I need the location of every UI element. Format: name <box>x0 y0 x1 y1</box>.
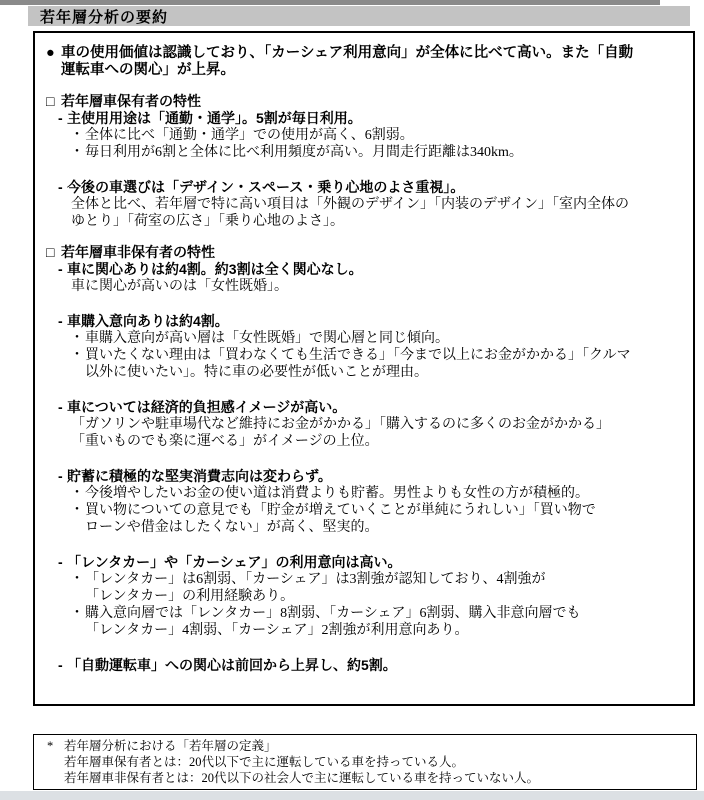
topic-heading-text: 車購入意向ありは約4割。 <box>67 313 229 330</box>
topic-heading-text: 「自動運転車」への関心は前回から上昇し、約5割。 <box>67 657 397 674</box>
paragraph: 「ガソリンや駐車場代など維持にお金がかかる」「購入するのに多くのお金がかかる」 … <box>71 416 679 450</box>
topic-economic-burden: - 車については経済的負担感イメージが高い。 「ガソリンや駐車場代など維持にお金… <box>46 399 679 450</box>
dash-bullet-icon: - <box>58 313 67 330</box>
topic-heading: - 「自動運転車」への関心は前回から上昇し、約5割。 <box>58 657 679 674</box>
bullet-item: ・ 全体に比べ「通勤・通学」での使用が高く、6割弱。 <box>70 127 679 144</box>
lead-text: 車の使用価値は認識しており、「カーシェア利用意向」が全体に比べて高い。また「自動… <box>61 45 633 79</box>
dash-bullet-icon: - <box>58 179 67 196</box>
topic-heading: - 貯蓄に積極的な堅実消費志向は変わらず。 <box>58 468 679 485</box>
topic-heading: - 「レンタカー」や「カーシェア」の利用意向は高い。 <box>58 554 679 571</box>
dot-bullet-icon: ・ <box>70 502 85 536</box>
bullet-text: 今後増やしたいお金の使い道は消費よりも貯蓄。男性よりも女性の方が積極的。 <box>85 485 589 502</box>
topic-autonomous-car: - 「自動運転車」への関心は前回から上昇し、約5割。 <box>46 657 679 674</box>
dot-bullet-icon: ・ <box>70 347 85 381</box>
bullet-item: ・ 買い物についての意見でも「貯金が増えていくことが単純にうれしい」「買い物で … <box>70 502 679 536</box>
page-title: 若年層分析の要約 <box>40 6 168 27</box>
topic-heading: - 車については経済的負担感イメージが高い。 <box>58 399 679 416</box>
topic-heading: - 主使用用途は「通勤・通学」。5割が毎日利用。 <box>58 110 679 127</box>
topic-main-usage: - 主使用用途は「通勤・通学」。5割が毎日利用。 ・ 全体に比べ「通勤・通学」で… <box>46 110 679 161</box>
topic-saving-orientation: - 貯蓄に積極的な堅実消費志向は変わらず。 ・ 今後増やしたいお金の使い道は消費… <box>46 468 679 536</box>
topic-purchase-intent: - 車購入意向ありは約4割。 ・ 車購入意向が高い層は「女性既婚」で関心層と同じ… <box>46 313 679 381</box>
topic-rental-carshare: - 「レンタカー」や「カーシェア」の利用意向は高い。 ・ 「レンタカー」は6割弱… <box>46 554 679 639</box>
dash-bullet-icon: - <box>58 554 67 571</box>
topic-heading: - 今後の車選びは「デザイン・スペース・乗り心地のよさ重視」。 <box>58 179 679 196</box>
dot-bullet-icon: ・ <box>70 144 85 161</box>
paragraph: 車に関心が高いのは「女性既婚」。 <box>71 278 679 295</box>
bullet-text: 買い物についての意見でも「貯金が増えていくことが単純にうれしい」「買い物で ロー… <box>85 502 596 536</box>
document-page: 若年層分析の要約 ● 車の使用価値は認識しており、「カーシェア利用意向」が全体に… <box>0 0 704 800</box>
square-bullet-icon: □ <box>46 93 61 110</box>
topic-heading-text: 車に関心ありは約4割。約3割は全く関心なし。 <box>67 261 363 278</box>
section-non-owners: □ 若年層車非保有者の特性 - 車に関心ありは約4割。約3割は全く関心なし。 車… <box>46 244 679 674</box>
bullet-item: ・ 買いたくない理由は「買わなくても生活できる」「今まで以上にお金がかかる」「ク… <box>70 347 679 381</box>
bottom-edge-strip <box>0 791 704 800</box>
dash-bullet-icon: - <box>58 657 67 674</box>
paragraph: 全体と比べ、若年層で特に高い項目は「外観のデザイン」「内装のデザイン」「室内全体… <box>71 196 679 230</box>
topic-car-choice: - 今後の車選びは「デザイン・スペース・乗り心地のよさ重視」。 全体と比べ、若年… <box>46 179 679 230</box>
dash-bullet-icon: - <box>58 261 67 278</box>
topic-heading-text: 今後の車選びは「デザイン・スペース・乗り心地のよさ重視」。 <box>67 179 464 196</box>
footnote-title-row: * 若年層分析における「若年層の定義」 <box>47 738 686 754</box>
bullet-item: ・ 車購入意向が高い層は「女性既婚」で関心層と同じ傾向。 <box>70 330 679 347</box>
lead-statement: ● 車の使用価値は認識しており、「カーシェア利用意向」が全体に比べて高い。また「… <box>46 45 679 79</box>
footnote-line: 若年層車保有者とは：20代以下で主に運転している車を持っている人。 <box>64 754 686 770</box>
section-car-owners: □ 若年層車保有者の特性 - 主使用用途は「通勤・通学」。5割が毎日利用。 ・ … <box>46 93 679 230</box>
summary-box: ● 車の使用価値は認識しており、「カーシェア利用意向」が全体に比べて高い。また「… <box>33 31 695 706</box>
dash-bullet-icon: - <box>58 110 67 127</box>
topic-heading: - 車に関心ありは約4割。約3割は全く関心なし。 <box>58 261 679 278</box>
filled-circle-bullet-icon: ● <box>46 45 61 79</box>
bullet-item: ・ 今後増やしたいお金の使い道は消費よりも貯蓄。男性よりも女性の方が積極的。 <box>70 485 679 502</box>
topic-heading-text: 主使用用途は「通勤・通学」。5割が毎日利用。 <box>67 110 362 127</box>
dot-bullet-icon: ・ <box>70 485 85 502</box>
bullet-item: ・ 購入意向層では「レンタカー」8割弱、「カーシェア」6割弱、購入非意向層でも … <box>70 605 679 639</box>
square-bullet-icon: □ <box>46 244 61 261</box>
dot-bullet-icon: ・ <box>70 571 85 605</box>
top-edge-strip <box>0 0 660 5</box>
footnote-box: * 若年層分析における「若年層の定義」 若年層車保有者とは：20代以下で主に運転… <box>33 734 697 790</box>
dot-bullet-icon: ・ <box>70 605 85 639</box>
section-heading: □ 若年層車保有者の特性 <box>46 93 679 110</box>
dash-bullet-icon: - <box>58 468 67 485</box>
asterisk-icon: * <box>47 738 64 754</box>
footnote-lines: 若年層車保有者とは：20代以下で主に運転している車を持っている人。 若年層車非保… <box>64 754 686 786</box>
topic-interest: - 車に関心ありは約4割。約3割は全く関心なし。 車に関心が高いのは「女性既婚」… <box>46 261 679 295</box>
section-heading: □ 若年層車非保有者の特性 <box>46 244 679 261</box>
bullet-text: 全体に比べ「通勤・通学」での使用が高く、6割弱。 <box>85 127 414 144</box>
bullet-text: 車購入意向が高い層は「女性既婚」で関心層と同じ傾向。 <box>85 330 449 347</box>
section-heading-text: 若年層車保有者の特性 <box>61 93 201 110</box>
topic-heading-text: 貯蓄に積極的な堅実消費志向は変わらず。 <box>67 468 332 485</box>
bullet-text: 毎日利用が6割と全体に比べ利用頻度が高い。月間走行距離は340km。 <box>85 144 523 161</box>
footnote-title: 若年層分析における「若年層の定義」 <box>64 738 277 754</box>
bullet-text: 購入意向層では「レンタカー」8割弱、「カーシェア」6割弱、購入非意向層でも 「レ… <box>85 605 581 639</box>
topic-heading-text: 「レンタカー」や「カーシェア」の利用意向は高い。 <box>67 554 402 571</box>
dot-bullet-icon: ・ <box>70 127 85 144</box>
bullet-text: 「レンタカー」は6割弱、「カーシェア」は3割強が認知しており、4割強が 「レンタ… <box>85 571 546 605</box>
topic-heading: - 車購入意向ありは約4割。 <box>58 313 679 330</box>
bullet-text: 買いたくない理由は「買わなくても生活できる」「今まで以上にお金がかかる」「クルマ… <box>85 347 631 381</box>
footnote-line: 若年層車非保有者とは：20代以下の社会人で主に運転している車を持っていない人。 <box>64 770 686 786</box>
page-title-bar: 若年層分析の要約 <box>28 6 690 26</box>
section-heading-text: 若年層車非保有者の特性 <box>61 244 215 261</box>
bullet-item: ・ 「レンタカー」は6割弱、「カーシェア」は3割強が認知しており、4割強が 「レ… <box>70 571 679 605</box>
bullet-item: ・ 毎日利用が6割と全体に比べ利用頻度が高い。月間走行距離は340km。 <box>70 144 679 161</box>
topic-heading-text: 車については経済的負担感イメージが高い。 <box>67 399 346 416</box>
dot-bullet-icon: ・ <box>70 330 85 347</box>
dash-bullet-icon: - <box>58 399 67 416</box>
